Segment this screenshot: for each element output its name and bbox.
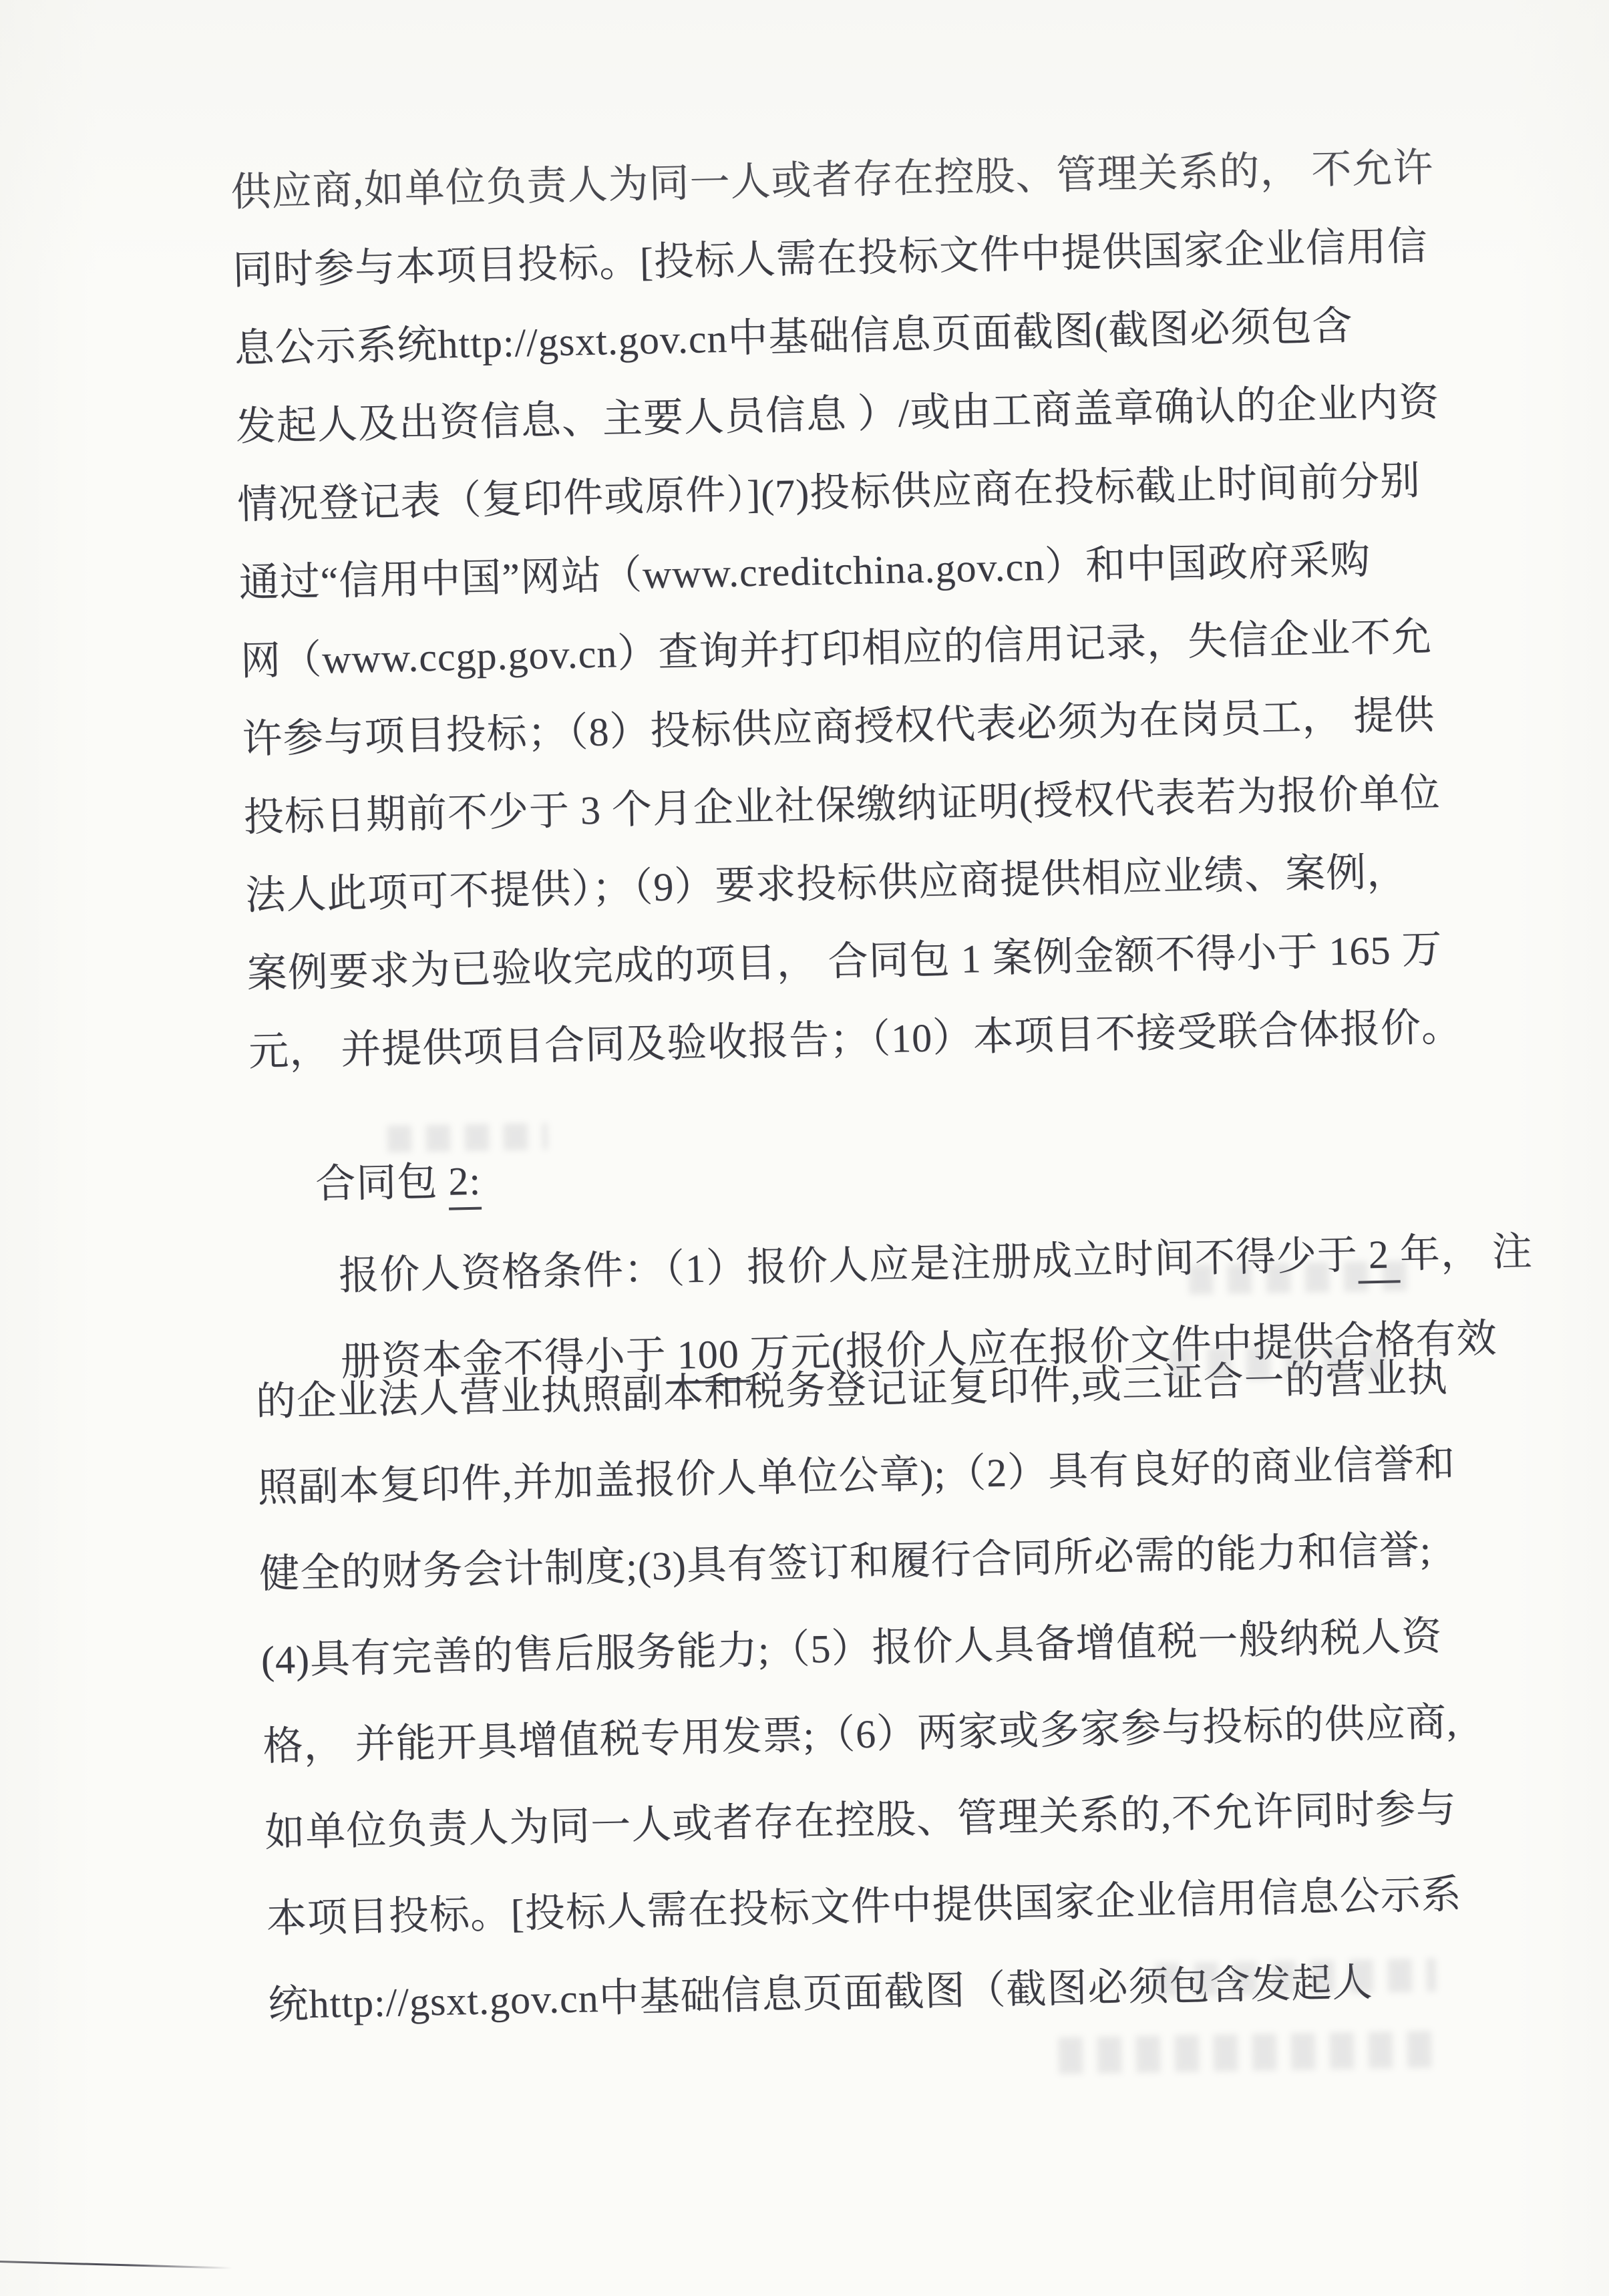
text-line: 通过“信用中国”网站（www.creditchina.gov.cn）和中国政府采… — [238, 536, 1371, 607]
scanned-document-page: 供应商,如单位负责人为同一人或者存在控股、管理关系的， 不允许 同时参与本项目投… — [0, 0, 1609, 2296]
text-line: 投标日期前不少于 3 个月企业社保缴纳证明(授权代表若为报价单位 — [243, 769, 1441, 842]
text-line: 许参与项目投标；（8）投标供应商授权代表必须为在岗员工， 提供 — [242, 691, 1435, 764]
scan-artifact-line — [0, 2261, 232, 2269]
text-line: 情况登记表（复印件或原件）](7)投标供应商在投标截止时间前分别 — [237, 456, 1421, 528]
text-line: 元， 并提供项目合同及验收报告；（10）本项目不接受联合体报价。 — [248, 1003, 1463, 1076]
text-line: 同时参与本项目投标。[投标人需在投标文件中提供国家企业信用信 — [232, 222, 1428, 295]
text-line: 格， 并能开具增值税专用发票;（6）两家或多家参与投标的供应商, — [262, 1698, 1458, 1771]
text-line: 息公示系统http://gsxt.gov.cn中基础信息页面截图(截图必须包含 — [234, 301, 1353, 372]
bleed-through-smudge — [1189, 1261, 1417, 1295]
document-text-block: 供应商,如单位负责人为同一人或者存在控股、管理关系的， 不允许 同时参与本项目投… — [230, 143, 1501, 2072]
text-line: 案例要求为已验收完成的项目， 合同包 1 案例金额不得小于 165 万 — [246, 925, 1443, 998]
text-line: 发起人及出资信息、主要人员信息 ）/或由工商盖章确认的企业内资 — [235, 378, 1440, 451]
bleed-through-smudge — [1155, 1958, 1437, 1996]
text-line: 供应商,如单位负责人为同一人或者存在控股、管理关系的， 不允许 — [230, 144, 1434, 216]
text-line: (4)具有完善的售后服务能力;（5）报价人具备增值税一般纳税人资 — [260, 1612, 1443, 1684]
text-line: 健全的财务会计制度;(3)具有签订和履行合同所必需的能力和信誉; — [259, 1526, 1432, 1598]
bleed-through-smudge — [1059, 2031, 1433, 2074]
text-line: 网（www.ccgp.gov.cn）查询并打印相应的信用记录，失信企业不允 — [240, 613, 1432, 685]
bleed-through-smudge — [387, 1123, 548, 1152]
text-line: 如单位负责人为同一人或者存在控股、管理关系的,不允许同时参与 — [264, 1784, 1457, 1857]
text-line: 照副本复印件,并加盖报价人单位公章);（2）具有良好的商业信誉和 — [257, 1440, 1456, 1512]
section-heading-prefix: 合同包 — [315, 1160, 449, 1206]
paragraph-1: 供应商,如单位负责人为同一人或者存在控股、管理关系的， 不允许 同时参与本项目投… — [230, 143, 1463, 168]
text-line: 本项目投标。[投标人需在投标文件中提供国家企业信用信息公示系 — [266, 1870, 1462, 1943]
text-line: 法人此项可不提供）；（9）要求投标供应商提供相应业绩、案例， — [245, 848, 1408, 920]
bleed-through-smudge — [1169, 1344, 1390, 1381]
